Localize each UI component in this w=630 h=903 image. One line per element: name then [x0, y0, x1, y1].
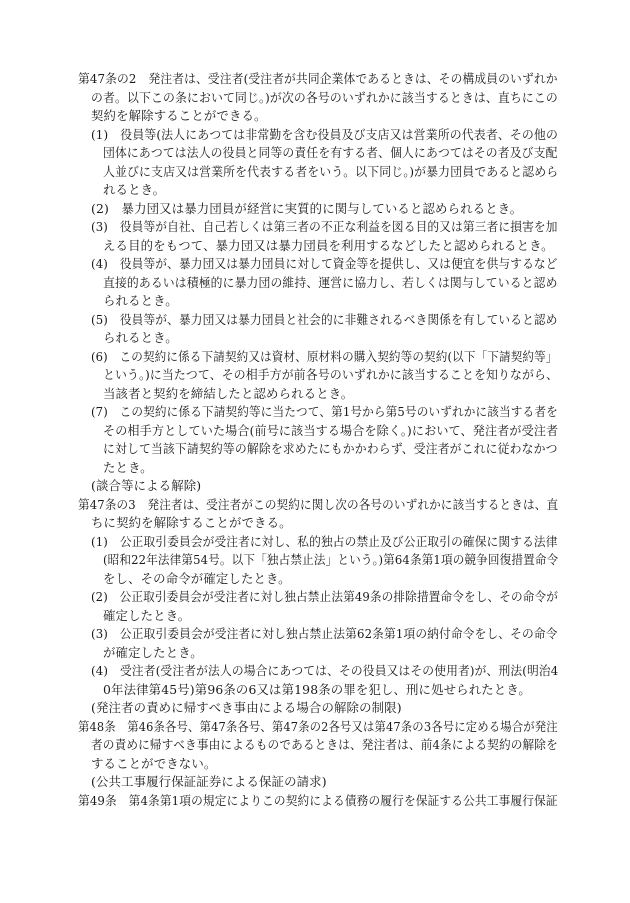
- document-line: 0年法律第45号)第96条の6又は第198条の罪を犯し、刑に処せられたとき。: [103, 682, 531, 698]
- document-line: 当該者と契約を締結したと認められるとき。: [103, 386, 353, 402]
- document-line: 確定したとき。: [103, 608, 190, 624]
- document-page: 第47条の2 発注者は、受注者(受注者が共同企業体であるときは、その構成員のいず…: [0, 0, 630, 903]
- document-line: が確定したとき。: [103, 645, 203, 661]
- document-line: (2) 暴力団又は暴力団員が経営に実質的に関与していると認められるとき。: [91, 201, 522, 217]
- document-line: という。)に当たつて、その相手方が前各号のいずれかに該当することを知りながら、: [103, 367, 558, 383]
- document-line: 直接的あるいは積極的に暴力団の維持、運営に協力し、若しくは関与していると認め: [103, 275, 558, 291]
- document-line: (1) 役員等(法人にあつては非常勤を含む役員及び支店又は営業所の代表者、その他…: [91, 127, 558, 143]
- document-line: (昭和22年法律第54号。以下「独占禁止法」という。)第64条第1項の競争回復措…: [103, 552, 558, 568]
- document-line: 契約を解除することができる。: [91, 108, 267, 124]
- document-line: 第49条 第4条第1項の規定によりこの契約による債務の履行を保証する公共工事履行…: [78, 793, 558, 809]
- document-line: 第47条の3 発注者は、受注者がこの契約に関し次の各号のいずれかに該当するときは…: [78, 497, 558, 513]
- document-line: (公共工事履行保証証券による保証の請求): [91, 774, 327, 790]
- document-line: その相手方としていた場合(前号に該当する場合を除く。)において、発注者が受注者: [103, 423, 558, 439]
- document-line: える目的をもつて、暴力団又は暴力団員を利用するなどしたと認められるとき。: [103, 238, 554, 254]
- document-line: (7) この契約に係る下請契約等に当たつて、第1号から第5号のいずれかに該当する…: [91, 404, 558, 420]
- document-line: (4) 役員等が、暴力団又は暴力団員に対して資金等を提供し、又は便宜を供与するな…: [91, 256, 558, 272]
- document-line: することができない。: [91, 756, 216, 772]
- document-line: られるとき。: [103, 330, 178, 346]
- document-line: (1) 公正取引委員会が受注者に対し、私的独占の禁止及び公正取引の確保に関する法…: [91, 534, 558, 550]
- document-line: (2) 公正取引委員会が受注者に対し独占禁止法第49条の排除措置命令をし、その命…: [91, 589, 558, 605]
- document-line: 者の責めに帰すべき事由によるものであるときは、発注者は、前4条による契約の解除を: [91, 737, 558, 753]
- document-line: (6) この契約に係る下請契約又は資材、原材料の購入契約等の契約(以下「下請契約…: [91, 349, 558, 365]
- document-line: (5) 役員等が、暴力団又は暴力団員と社会的に非難されるべき関係を有していると認…: [91, 312, 558, 328]
- document-line: (4) 受注者(受注者が法人の場合にあつては、その役員又はその使用者)が、刑法(…: [91, 663, 558, 679]
- document-line: (談合等による解除): [91, 478, 201, 494]
- document-line: をし、その命令が確定したとき。: [103, 571, 291, 587]
- document-line: 人並びに支店又は営業所を代表する者をいう。以下同じ。)が暴力団員であると認めら: [103, 164, 558, 180]
- document-line: (3) 公正取引委員会が受注者に対し独占禁止法第62条第1項の納付命令をし、その…: [91, 626, 558, 642]
- document-line: たとき。: [103, 460, 153, 476]
- document-line: (発注者の責めに帰すべき事由による場合の解除の制限): [91, 700, 402, 716]
- document-line: 第47条の2 発注者は、受注者(受注者が共同企業体であるときは、その構成員のいず…: [78, 71, 558, 87]
- document-line: (3) 役員等が自社、自己若しくは第三者の不正な利益を図る目的又は第三者に損害を…: [91, 219, 558, 235]
- document-line: の者。以下この条において同じ。)が次の各号のいずれかに該当するときは、直ちにこの: [91, 90, 558, 106]
- document-line: れるとき。: [103, 182, 165, 198]
- document-line: 第48条 第46条各号、第47条各号、第47条の2各号又は第47条の3各号に定め…: [78, 719, 558, 735]
- document-line: に対して当該下請契約等の解除を求めたにもかかわらず、受注者がこれに従わなかつ: [103, 441, 558, 457]
- document-line: 団体にあつては法人の役員と同等の責任を有する者、個人にあつてはその者及び支配: [103, 145, 558, 161]
- document-line: ちに契約を解除することができる。: [91, 515, 292, 531]
- document-line: られるとき。: [103, 293, 178, 309]
